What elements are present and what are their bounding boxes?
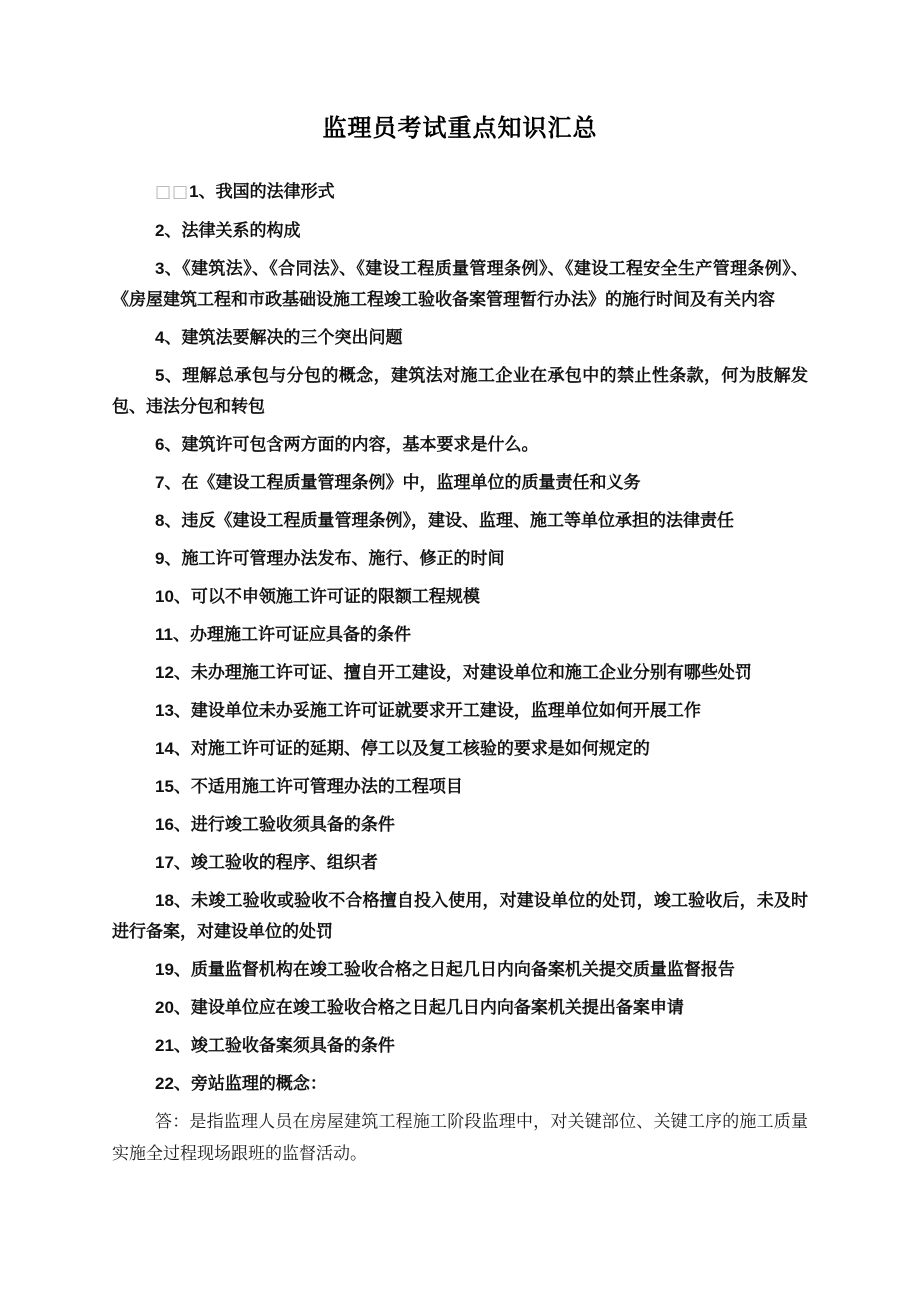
list-item: 4、建筑法要解决的三个突出问题 [112,322,808,353]
list-item: 9、施工许可管理办法发布、施行、修正的时间 [112,543,808,574]
list-item: 12、未办理施工许可证、擅自开工建设，对建设单位和施工企业分别有哪些处罚 [112,657,808,688]
list-item: 22、旁站监理的概念： [112,1068,808,1099]
item-list: □□1、我国的法律形式2、法律关系的构成3、《建筑法》、《合同法》、《建设工程质… [112,176,808,1099]
list-item: 15、不适用施工许可管理办法的工程项目 [112,771,808,802]
list-item: 2、法律关系的构成 [112,215,808,246]
answer-paragraph: 答：是指监理人员在房屋建筑工程施工阶段监理中，对关键部位、关键工序的施工质量实施… [112,1106,808,1170]
list-item: 16、进行竣工验收须具备的条件 [112,809,808,840]
list-item: 11、办理施工许可证应具备的条件 [112,619,808,650]
list-item: 20、建设单位应在竣工验收合格之日起几日内向备案机关提出备案申请 [112,992,808,1023]
list-item: 3、《建筑法》、《合同法》、《建设工程质量管理条例》、《建设工程安全生产管理条例… [112,253,808,315]
list-item: 8、违反《建设工程质量管理条例》，建设、监理、施工等单位承担的法律责任 [112,505,808,536]
document-page: 监理员考试重点知识汇总 □□1、我国的法律形式2、法律关系的构成3、《建筑法》、… [0,0,920,1302]
page-title: 监理员考试重点知识汇总 [112,112,808,146]
list-item: 6、建筑许可包含两方面的内容，基本要求是什么。 [112,429,808,460]
list-item: 5、理解总承包与分包的概念，建筑法对施工企业在承包中的禁止性条款，何为肢解发包、… [112,360,808,422]
list-item: □□1、我国的法律形式 [112,176,808,208]
list-item: 7、在《建设工程质量管理条例》中，监理单位的质量责任和义务 [112,467,808,498]
list-item: 18、未竣工验收或验收不合格擅自投入使用，对建设单位的处罚，竣工验收后，未及时进… [112,885,808,947]
list-item: 19、质量监督机构在竣工验收合格之日起几日内向备案机关提交质量监督报告 [112,954,808,985]
list-item: 13、建设单位未办妥施工许可证就要求开工建设，监理单位如何开展工作 [112,695,808,726]
list-item: 21、竣工验收备案须具备的条件 [112,1030,808,1061]
list-item: 14、对施工许可证的延期、停工以及复工核验的要求是如何规定的 [112,733,808,764]
list-item: 10、可以不申领施工许可证的限额工程规模 [112,581,808,612]
placeholder-boxes-icon: □□ [155,182,189,202]
list-item: 17、竣工验收的程序、组织者 [112,847,808,878]
